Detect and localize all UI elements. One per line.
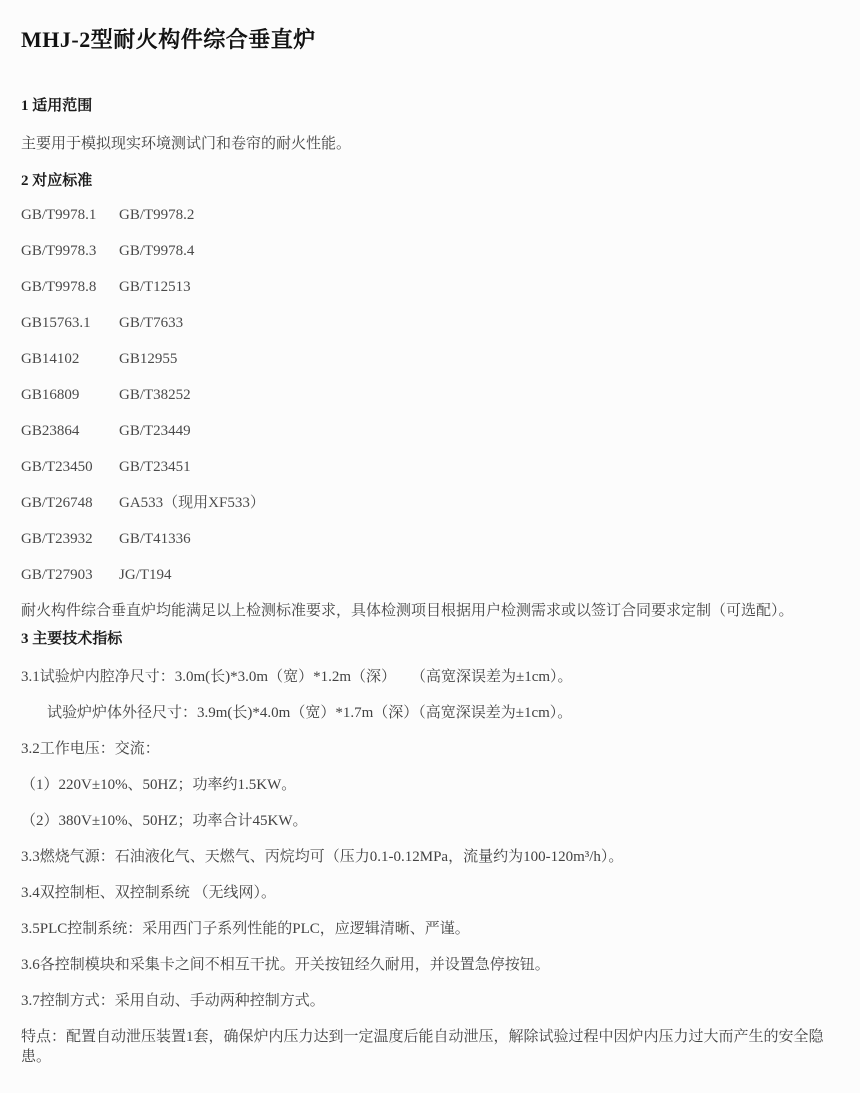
spec-item: 特点：配置自动泄压装置1套，确保炉内压力达到一定温度后能自动泄压，解除试验过程中… [21, 1027, 840, 1067]
standard-code: JG/T194 [119, 565, 172, 585]
spec-item: 3.2工作电压：交流： [21, 739, 840, 759]
standard-code: GB/T26748 [21, 493, 119, 513]
standard-code: GB/T9978.4 [119, 241, 194, 261]
standards-list: GB/T9978.1GB/T9978.2 GB/T9978.3GB/T9978.… [21, 205, 840, 585]
standards-row: GB/T27903JG/T194 [21, 565, 840, 585]
standard-code: GB/T41336 [119, 529, 191, 549]
section-heading-specs: 3 主要技术指标 [21, 629, 840, 649]
spec-item: 3.6各控制模块和采集卡之间不相互干扰。开关按钮经久耐用，并设置急停按钮。 [21, 955, 840, 975]
standards-row: GB/T9978.8GB/T12513 [21, 277, 840, 297]
spec-item: 3.3燃烧气源：石油液化气、天燃气、丙烷均可（压力0.1-0.12MPa，流量约… [21, 847, 840, 867]
standard-code: GB/T23451 [119, 457, 191, 477]
standard-code: GB/T38252 [119, 385, 191, 405]
spec-item: （1）220V±10%、50HZ；功率约1.5KW。 [21, 775, 840, 795]
standard-code: GB12955 [119, 349, 177, 369]
spec-item: 3.5PLC控制系统：采用西门子系列性能的PLC，应逻辑清晰、严谨。 [21, 919, 840, 939]
standard-code: GB/T23932 [21, 529, 119, 549]
document-page: MHJ-2型耐火构件综合垂直炉 1 适用范围 主要用于模拟现实环境测试门和卷帘的… [0, 0, 860, 1093]
standard-code: GB/T23450 [21, 457, 119, 477]
specs-list: 3.1试验炉内腔净尺寸：3.0m(长)*3.0m（宽）*1.2m（深） （高宽深… [21, 667, 840, 1067]
standard-code: GB/T12513 [119, 277, 191, 297]
standard-code: GB/T23449 [119, 421, 191, 441]
standard-code: GB/T27903 [21, 565, 119, 585]
standards-row: GB/T23932GB/T41336 [21, 529, 840, 549]
standard-code: GB/T7633 [119, 313, 183, 333]
spec-item: 试验炉炉体外径尺寸：3.9m(长)*4.0m（宽）*1.7m（深）（高宽深误差为… [21, 703, 840, 723]
spec-item: 3.4双控制柜、双控制系统 （无线网）。 [21, 883, 840, 903]
standard-code: GB14102 [21, 349, 119, 369]
standard-code: GB16809 [21, 385, 119, 405]
standard-code: GB15763.1 [21, 313, 119, 333]
spec-item: （2）380V±10%、50HZ；功率合计45KW。 [21, 811, 840, 831]
standard-code: GB/T9978.3 [21, 241, 119, 261]
standards-row: GB/T23450GB/T23451 [21, 457, 840, 477]
standards-row: GB15763.1GB/T7633 [21, 313, 840, 333]
standard-code: GB/T9978.1 [21, 205, 119, 225]
standards-row: GB16809GB/T38252 [21, 385, 840, 405]
section-heading-standards: 2 对应标准 [21, 171, 840, 191]
standard-code: GB/T9978.8 [21, 277, 119, 297]
standard-code: GB23864 [21, 421, 119, 441]
standard-code: GB/T9978.2 [119, 205, 194, 225]
standards-row: GB23864GB/T23449 [21, 421, 840, 441]
standards-row: GB/T26748GA533（现用XF533） [21, 493, 840, 513]
section-heading-scope: 1 适用范围 [21, 96, 840, 116]
standards-row: GB/T9978.3GB/T9978.4 [21, 241, 840, 261]
spec-item: 3.1试验炉内腔净尺寸：3.0m(长)*3.0m（宽）*1.2m（深） （高宽深… [21, 667, 840, 687]
standards-row: GB/T9978.1GB/T9978.2 [21, 205, 840, 225]
document-title: MHJ-2型耐火构件综合垂直炉 [21, 26, 840, 54]
spec-item: 3.7控制方式：采用自动、手动两种控制方式。 [21, 991, 840, 1011]
scope-paragraph: 主要用于模拟现实环境测试门和卷帘的耐火性能。 [21, 134, 840, 154]
standard-code: GA533（现用XF533） [119, 493, 265, 513]
standards-note: 耐火构件综合垂直炉均能满足以上检测标准要求，具体检测项目根据用户检测需求或以签订… [21, 601, 840, 621]
standards-row: GB14102GB12955 [21, 349, 840, 369]
